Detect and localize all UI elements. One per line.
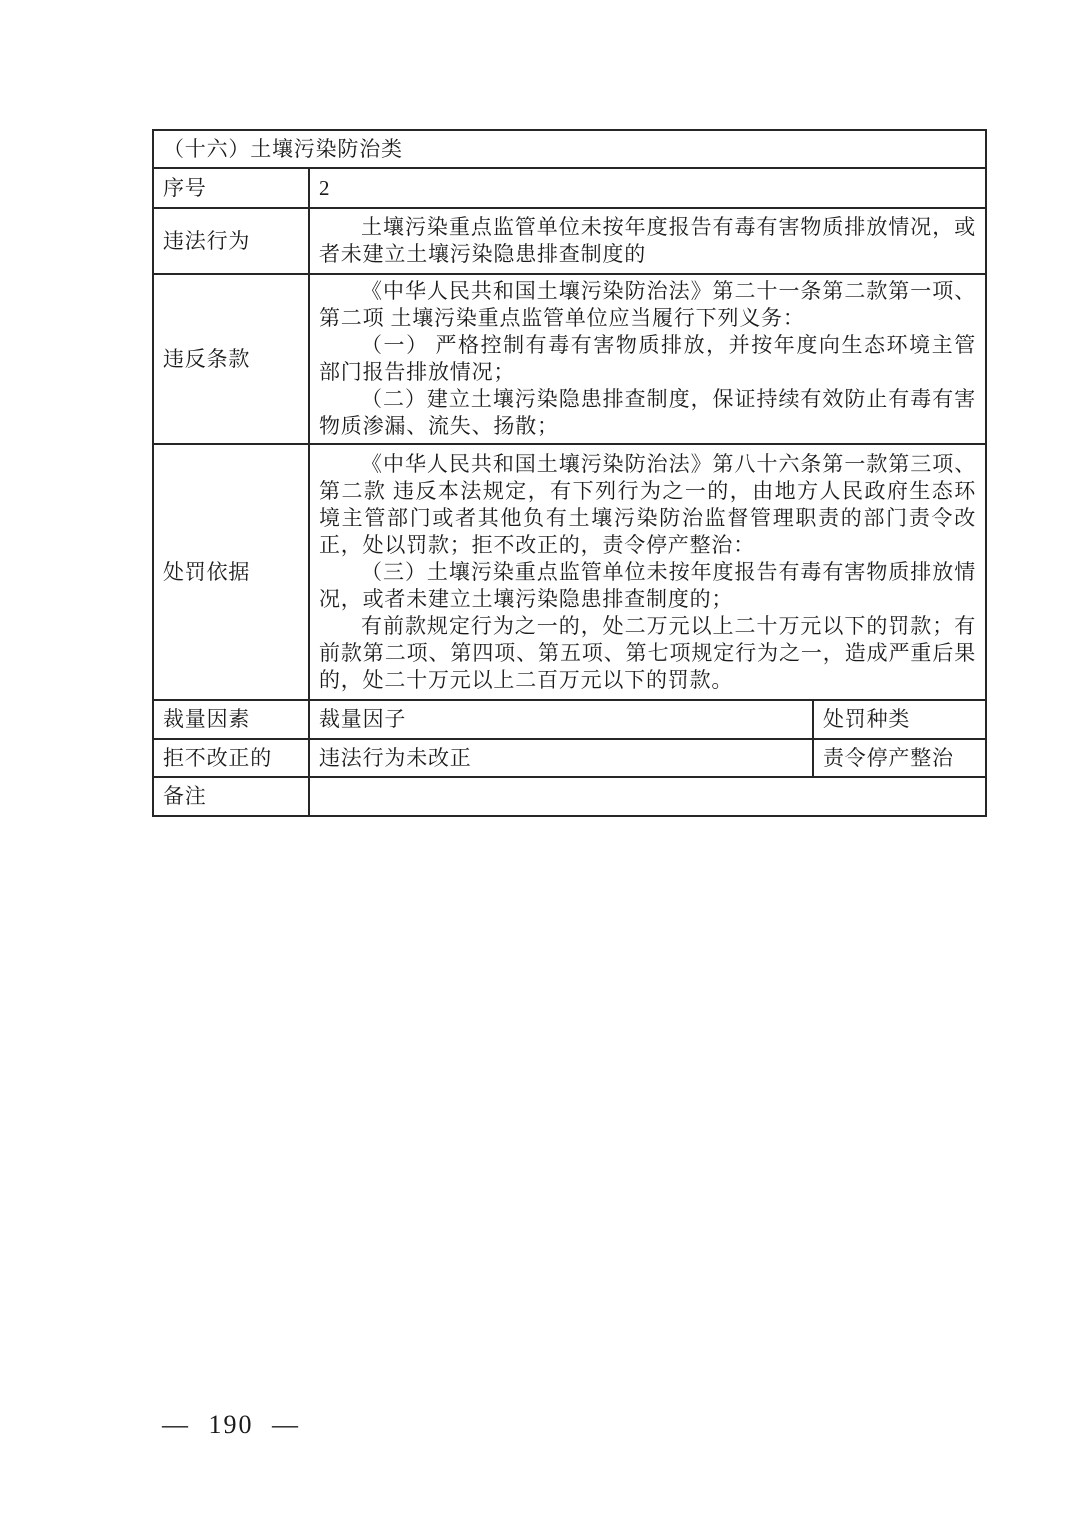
penalty-rule-table: （十六）土壤污染防治类 序号 2 违法行为 土壤污染重点监管单位未按年度报告有毒… [152, 129, 987, 817]
illegal-act-content: 土壤污染重点监管单位未按年度报告有毒有害物质排放情况，或者未建立土壤污染隐患排查… [309, 208, 986, 274]
section-header: （十六）土壤污染防治类 [153, 130, 986, 168]
penalty-basis-paragraph: 有前款规定行为之一的，处二万元以上二十万元以下的罚款；有前款第二项、第四项、第五… [319, 613, 976, 694]
remarks-label: 备注 [153, 777, 309, 816]
penalty-basis-paragraph: （三）土壤污染重点监管单位未按年度报告有毒有害物质排放情况，或者未建立土壤污染隐… [319, 559, 976, 613]
document-page: （十六）土壤污染防治类 序号 2 违法行为 土壤污染重点监管单位未按年度报告有毒… [0, 0, 1074, 1520]
remarks-value [309, 777, 986, 816]
refusal-to-correct-penalty-type: 责令停产整治 [813, 739, 986, 777]
illegal-act-paragraph: 土壤污染重点监管单位未按年度报告有毒有害物质排放情况，或者未建立土壤污染隐患排查… [319, 214, 976, 268]
violated-clause-label: 违反条款 [153, 274, 309, 444]
table-row-section-header: （十六）土壤污染防治类 [153, 130, 986, 168]
discretion-factor-column-header: 裁量因子 [309, 700, 813, 739]
table-row-discretion-factor-header: 裁量因素 裁量因子 处罚种类 [153, 700, 986, 739]
page-number: — 190 — [162, 1410, 300, 1440]
discretion-factor-label: 裁量因素 [153, 700, 309, 739]
refusal-to-correct-label: 拒不改正的 [153, 739, 309, 777]
penalty-basis-content: 《中华人民共和国土壤污染防治法》第八十六条第一款第三项、第二款 违反本法规定，有… [309, 444, 986, 700]
penalty-basis-paragraph: 《中华人民共和国土壤污染防治法》第八十六条第一款第三项、第二款 违反本法规定，有… [319, 451, 976, 559]
table-row-refusal-to-correct: 拒不改正的 违法行为未改正 责令停产整治 [153, 739, 986, 777]
refusal-to-correct-factor: 违法行为未改正 [309, 739, 813, 777]
violated-clause-paragraph: （一） 严格控制有毒有害物质排放，并按年度向生态环境主管部门报告排放情况； [319, 332, 976, 386]
table-row-violated-clause: 违反条款 《中华人民共和国土壤污染防治法》第二十一条第二款第一项、第二项 土壤污… [153, 274, 986, 444]
violated-clause-paragraph: 《中华人民共和国土壤污染防治法》第二十一条第二款第一项、第二项 土壤污染重点监管… [319, 278, 976, 332]
penalty-basis-label: 处罚依据 [153, 444, 309, 700]
violated-clause-content: 《中华人民共和国土壤污染防治法》第二十一条第二款第一项、第二项 土壤污染重点监管… [309, 274, 986, 444]
table-row-penalty-basis: 处罚依据 《中华人民共和国土壤污染防治法》第八十六条第一款第三项、第二款 违反本… [153, 444, 986, 700]
table-row-remarks: 备注 [153, 777, 986, 816]
table-row-serial-number: 序号 2 [153, 168, 986, 208]
penalty-type-column-header: 处罚种类 [813, 700, 986, 739]
table-row-illegal-act: 违法行为 土壤污染重点监管单位未按年度报告有毒有害物质排放情况，或者未建立土壤污… [153, 208, 986, 274]
violated-clause-paragraph: （二）建立土壤污染隐患排查制度，保证持续有效防止有毒有害物质渗漏、流失、扬散； [319, 386, 976, 440]
serial-number-value: 2 [309, 168, 986, 208]
illegal-act-label: 违法行为 [153, 208, 309, 274]
serial-number-label: 序号 [153, 168, 309, 208]
